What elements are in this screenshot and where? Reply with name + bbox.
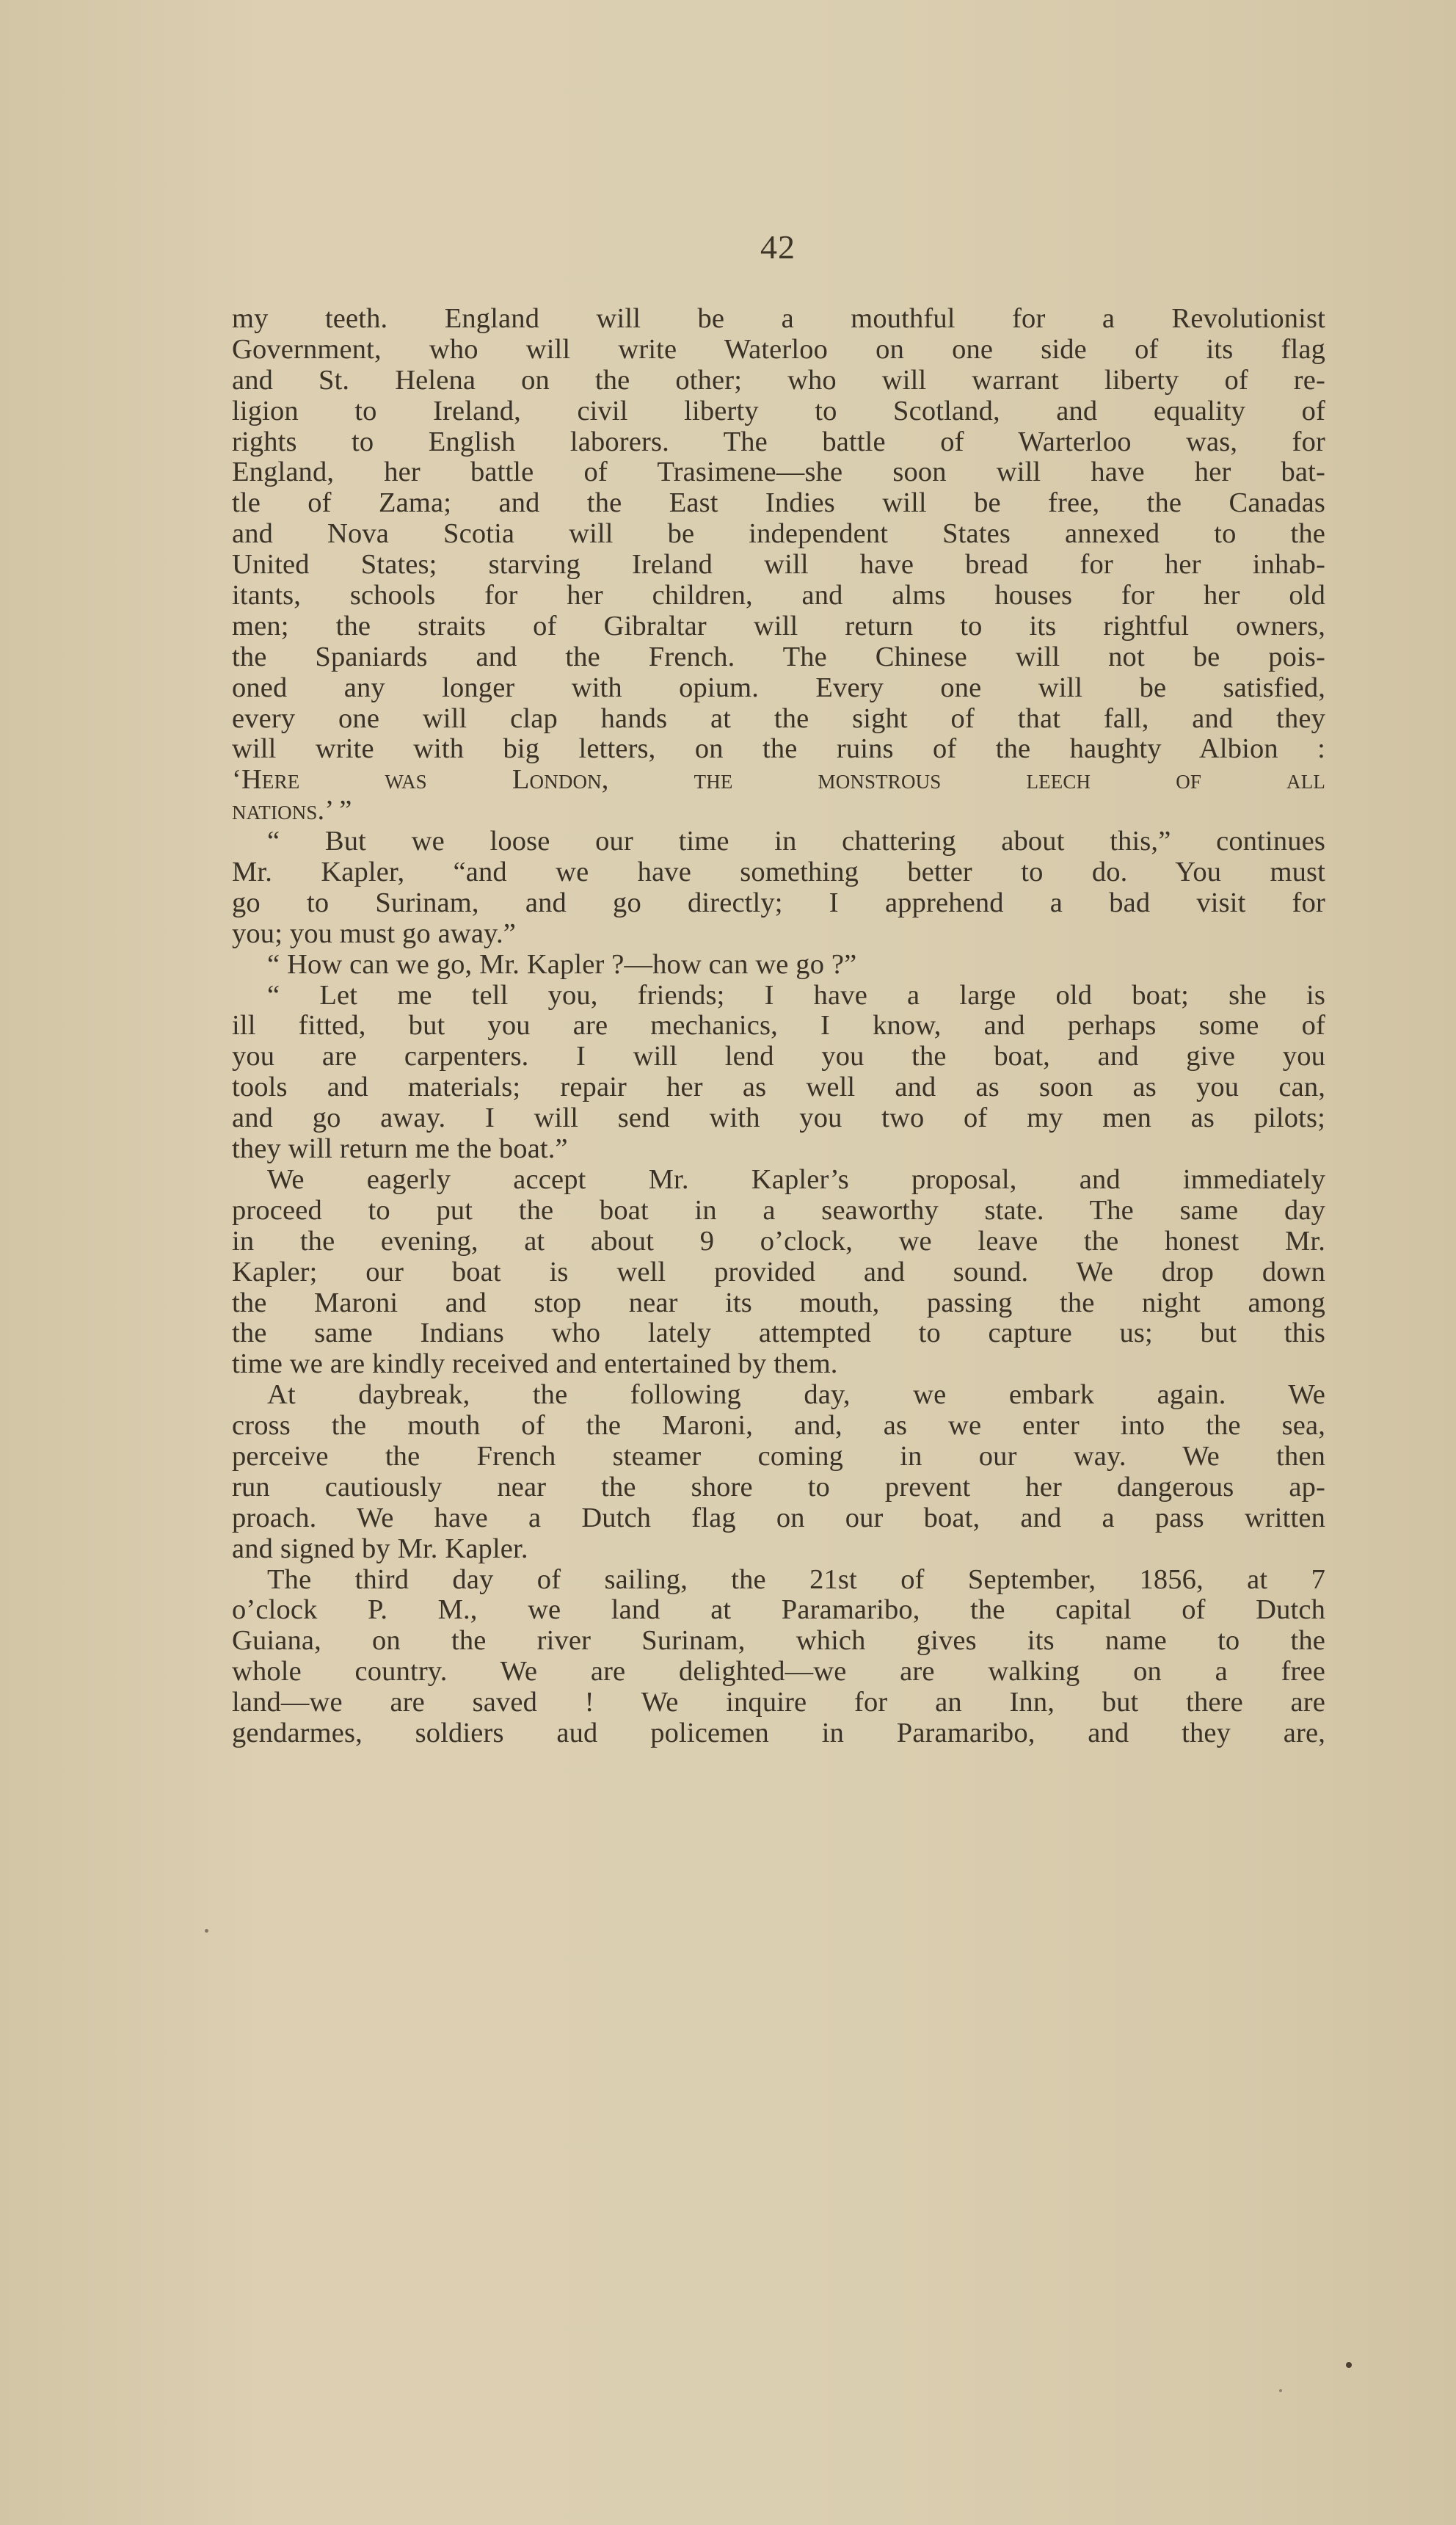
text-line: go to Surinam, and go directly; I appreh… [232,888,1325,919]
text-line: rights to English laborers. The battle o… [232,427,1325,458]
body-text: my teeth. England will be a mouthful for… [232,304,1325,1749]
text-line: o’clock P. M., we land at Paramaribo, th… [232,1595,1325,1626]
text-line: they will return me the boat.” [232,1134,1325,1165]
text-line: and signed by Mr. Kapler. [232,1534,1325,1565]
text-line: men; the straits of Gibraltar will retur… [232,611,1325,642]
text-line: England, her battle of Trasimene—she soo… [232,457,1325,488]
text-line: every one will clap hands at the sight o… [232,704,1325,735]
text-line: tle of Zama; and the East Indies will be… [232,488,1325,519]
text-line: Kapler; our boat is well provided and so… [232,1257,1325,1288]
text-line: run cautiously near the shore to prevent… [232,1472,1325,1503]
text-line: you; you must go away.” [232,919,1325,950]
paragraph: “ How can we go, Mr. Kapler ?—how can we… [232,950,1325,981]
text-line: itants, schools for her children, and al… [232,581,1325,611]
text-line: At daybreak, the following day, we embar… [232,1380,1325,1411]
text-line: my teeth. England will be a mouthful for… [232,304,1325,335]
text-line: oned any longer with opium. Every one wi… [232,673,1325,704]
text-line: Guiana, on the river Surinam, which give… [232,1626,1325,1657]
text-line: and St. Helena on the other; who will wa… [232,366,1325,396]
text-line: Government, who will write Waterloo on o… [232,335,1325,366]
paragraph: The third day of sailing, the 21st of Se… [232,1565,1325,1749]
ink-speck [1279,2389,1282,2392]
text-line: proach. We have a Dutch flag on our boat… [232,1503,1325,1534]
paragraph: my teeth. England will be a mouthful for… [232,304,1325,826]
paragraph: “ Let me tell you, friends; I have a lar… [232,981,1325,1165]
text-line: in the evening, at about 9 o’clock, we l… [232,1227,1325,1257]
text-line: will write with big letters, on the ruin… [232,734,1325,765]
ink-speck [205,1929,208,1933]
text-line: Mr. Kapler, “and we have something bette… [232,857,1325,888]
ink-speck [1346,2362,1352,2368]
text-line: time we are kindly received and entertai… [232,1349,1325,1380]
text-line: proceed to put the boat in a seaworthy s… [232,1196,1325,1227]
paragraph: At daybreak, the following day, we embar… [232,1380,1325,1564]
text-line: gendarmes, soldiers aud policemen in Par… [232,1718,1325,1749]
text-line: “ But we loose our time in chattering ab… [232,826,1325,857]
text-line: the same Indians who lately attempted to… [232,1318,1325,1349]
text-line: We eagerly accept Mr. Kapler’s proposal,… [232,1165,1325,1196]
text-line: the Maroni and stop near its mouth, pass… [232,1288,1325,1319]
text-line: and go away. I will send with you two of… [232,1103,1325,1134]
text-line: land—we are saved ! We inquire for an In… [232,1687,1325,1718]
text-line: whole country. We are delighted—we are w… [232,1657,1325,1687]
text-line: “ Let me tell you, friends; I have a lar… [232,981,1325,1011]
paragraph: We eagerly accept Mr. Kapler’s proposal,… [232,1165,1325,1380]
text-line: the Spaniards and the French. The Chines… [232,642,1325,673]
text-line: cross the mouth of the Maroni, and, as w… [232,1411,1325,1442]
text-line: ‘Here was London, the monstrous leech of… [232,765,1325,796]
text-line: and Nova Scotia will be independent Stat… [232,519,1325,550]
text-line: “ How can we go, Mr. Kapler ?—how can we… [232,950,1325,981]
text-line: The third day of sailing, the 21st of Se… [232,1565,1325,1596]
page-number: 42 [0,228,1456,266]
text-line: nations.’ ” [232,796,1325,826]
text-line: you are carpenters. I will lend you the … [232,1042,1325,1072]
text-line: ligion to Ireland, civil liberty to Scot… [232,396,1325,427]
text-line: United States; starving Ireland will hav… [232,550,1325,581]
paragraph: “ But we loose our time in chattering ab… [232,826,1325,950]
text-line: tools and materials; repair her as well … [232,1072,1325,1103]
text-line: ill fitted, but you are mechanics, I kno… [232,1011,1325,1042]
text-line: perceive the French steamer coming in ou… [232,1442,1325,1472]
